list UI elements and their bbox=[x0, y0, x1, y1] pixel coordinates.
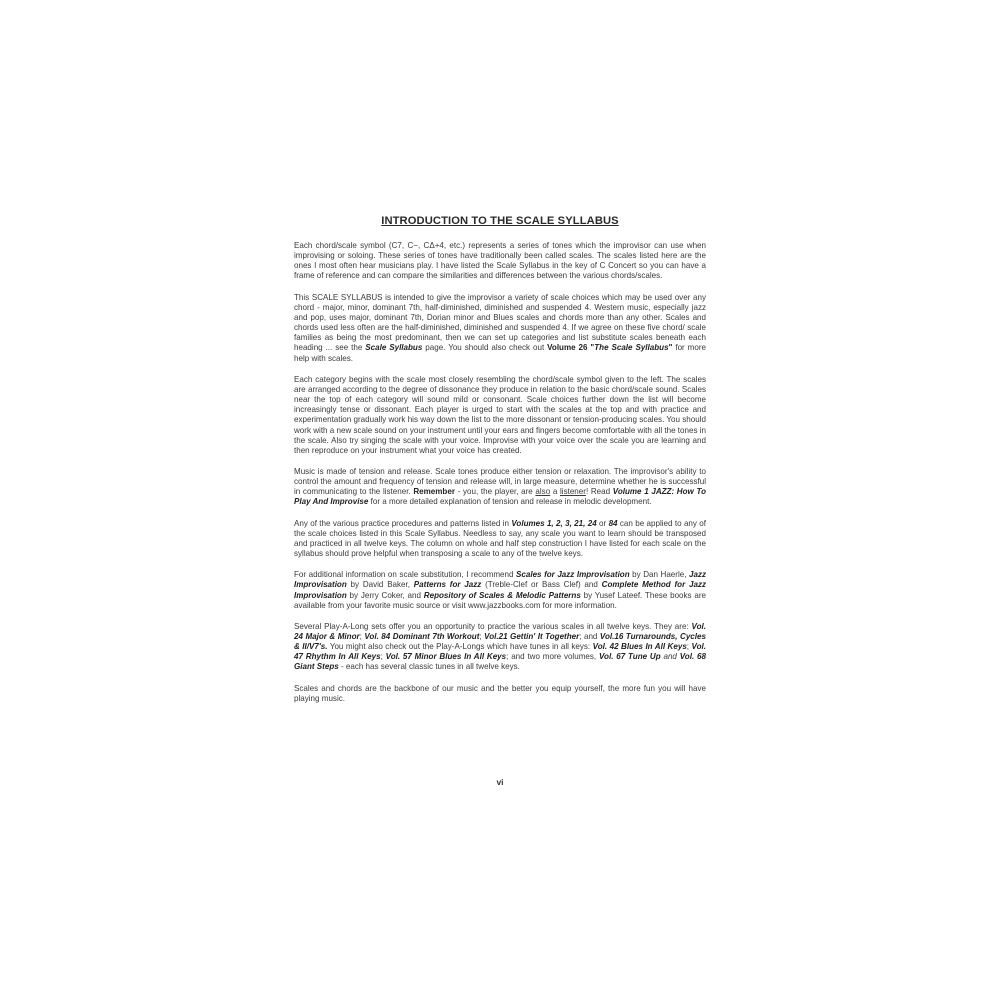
body-text-run: Each category begins with the scale most… bbox=[294, 375, 706, 455]
body-text-run: Scales and chords are the backbone of ou… bbox=[294, 684, 706, 703]
emphasis-text: 84 bbox=[609, 519, 618, 528]
body-text-run: a bbox=[550, 487, 560, 496]
paragraph: For additional information on scale subs… bbox=[294, 570, 706, 611]
body-text: Each chord/scale symbol (C7, C−, CΔ+4, e… bbox=[294, 241, 706, 704]
emphasis-text: Vol. 57 Minor Blues In All Keys bbox=[386, 652, 507, 661]
emphasis-text: Volumes 1, 2, 3, 21, 24 bbox=[511, 519, 596, 528]
body-text-run: Several Play-A-Long sets offer you an op… bbox=[294, 622, 692, 631]
body-text-run: (Treble-Clef or Bass Clef) and bbox=[481, 580, 601, 589]
emphasis-text: Scale Syllabus bbox=[365, 343, 422, 352]
body-text-run: for a more detailed explanation of tensi… bbox=[368, 497, 651, 506]
body-text-run: by Jerry Coker, and bbox=[347, 591, 424, 600]
emphasis-text: Vol.21 Gettin' It Together bbox=[484, 632, 579, 641]
emphasis-text: The Scale Syllabus bbox=[594, 343, 668, 352]
paragraph: Each chord/scale symbol (C7, C−, CΔ+4, e… bbox=[294, 241, 706, 282]
body-text-run: You might also check out the Play-A-Long… bbox=[327, 642, 592, 651]
document-page: INTRODUCTION TO THE SCALE SYLLABUS Each … bbox=[294, 214, 706, 715]
body-text-run: by Dan Haerle, bbox=[630, 570, 689, 579]
paragraph: Music is made of tension and release. Sc… bbox=[294, 467, 706, 508]
body-text-run: by David Baker, bbox=[347, 580, 414, 589]
emphasis-text: Vol. 67 Tune Up bbox=[599, 652, 661, 661]
emphasis-text: Volume 26 " bbox=[547, 343, 594, 352]
body-text-run: page. You should also check out bbox=[422, 343, 547, 352]
emphasis-text: Scales for Jazz Improvisation bbox=[516, 570, 630, 579]
body-text-run: or bbox=[597, 519, 609, 528]
emphasis-text: Patterns for Jazz bbox=[414, 580, 482, 589]
emphasis-text: Remember bbox=[413, 487, 455, 496]
emphasis-text: listener bbox=[560, 487, 586, 496]
paragraph: This SCALE SYLLABUS is intended to give … bbox=[294, 293, 706, 364]
page-number: vi bbox=[0, 777, 1000, 787]
page-title: INTRODUCTION TO THE SCALE SYLLABUS bbox=[294, 214, 706, 228]
emphasis-text: Repository of Scales & Melodic Patterns bbox=[424, 591, 581, 600]
emphasis-text: Vol. 84 Dominant 7th Workout bbox=[364, 632, 479, 641]
body-text-run: - each has several classic tunes in all … bbox=[339, 662, 520, 671]
body-text-run: - you, the player, are bbox=[455, 487, 535, 496]
body-text-run: For additional information on scale subs… bbox=[294, 570, 516, 579]
emphasis-text: also bbox=[535, 487, 550, 496]
emphasis-text: and bbox=[663, 652, 676, 661]
body-text-run: Any of the various practice procedures a… bbox=[294, 519, 511, 528]
paragraph: Scales and chords are the backbone of ou… bbox=[294, 684, 706, 704]
paragraph: Several Play-A-Long sets offer you an op… bbox=[294, 622, 706, 673]
emphasis-text: Vol. 42 Blues In All Keys bbox=[593, 642, 687, 651]
paragraph: Each category begins with the scale most… bbox=[294, 375, 706, 456]
body-text-run: ; and two more volumes, bbox=[506, 652, 599, 661]
body-text-run: ! Read bbox=[586, 487, 613, 496]
body-text-run: ; and bbox=[579, 632, 600, 641]
body-text-run: Each chord/scale symbol (C7, C−, CΔ+4, e… bbox=[294, 241, 706, 280]
paragraph: Any of the various practice procedures a… bbox=[294, 519, 706, 560]
